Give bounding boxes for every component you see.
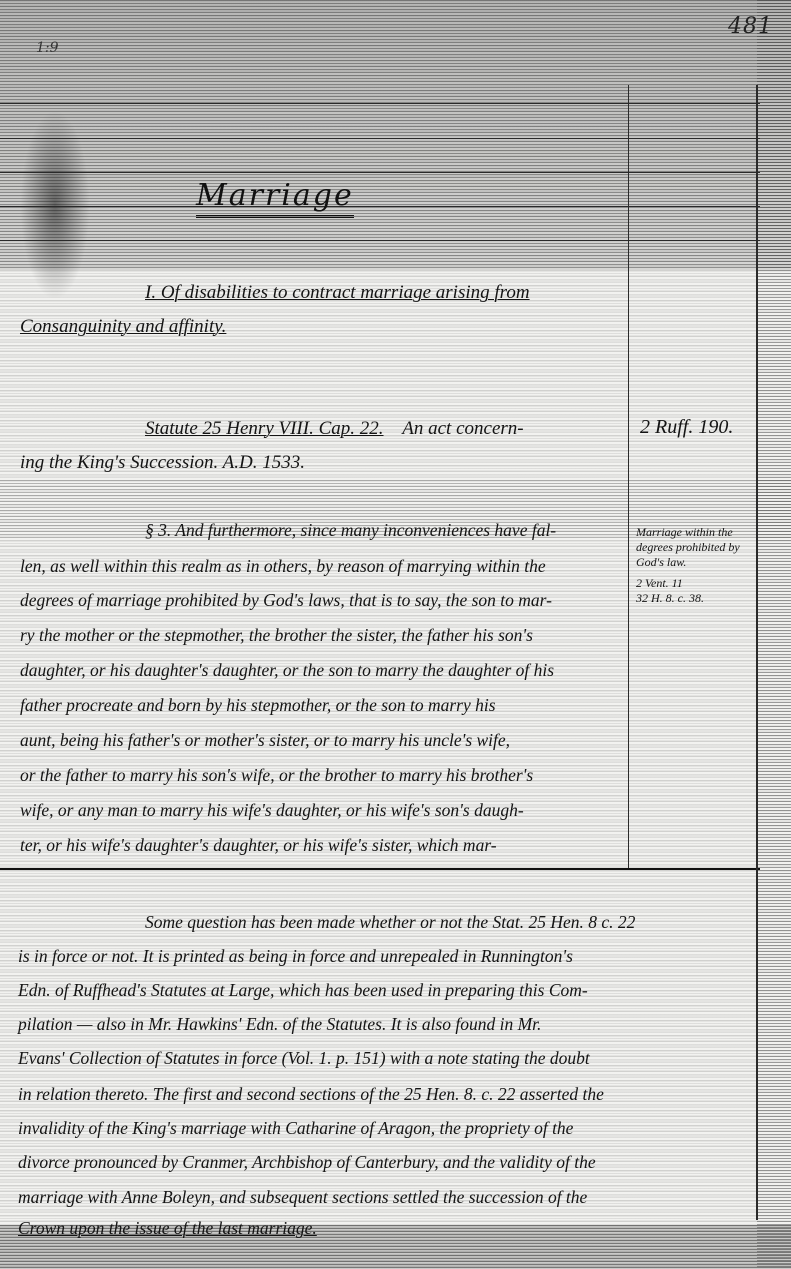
commentary-line: Crown upon the issue of the last marriag… bbox=[18, 1218, 317, 1239]
commentary-line: divorce pronounced by Cranmer, Archbisho… bbox=[18, 1152, 596, 1173]
ledger-rule bbox=[0, 172, 760, 173]
page-number: 481 bbox=[728, 14, 773, 39]
commentary-line: Some question has been made whether or n… bbox=[145, 912, 635, 933]
commentary-line: Evans' Collection of Statutes in force (… bbox=[18, 1048, 590, 1069]
section3-line: aunt, being his father's or mother's sis… bbox=[20, 730, 510, 751]
section3-line: father procreate and born by his stepmot… bbox=[20, 695, 496, 716]
margin-reference: 2 Ruff. 190. bbox=[640, 416, 733, 439]
section3-line: degrees of marriage prohibited by God's … bbox=[20, 590, 552, 611]
section3-line: len, as well within this realm as in oth… bbox=[20, 556, 546, 577]
scanned-page: 481 1:9 Marriage I. Of disabilities to c… bbox=[0, 0, 791, 1269]
section3-line: or the father to marry his son's wife, o… bbox=[20, 765, 533, 786]
margin-column-rule bbox=[628, 85, 629, 868]
section3-line: § 3. And furthermore, since many inconve… bbox=[145, 520, 556, 541]
section3-line: ter, or his wife's daughter's daughter, … bbox=[20, 835, 497, 856]
section3-line: wife, or any man to marry his wife's dau… bbox=[20, 800, 524, 821]
commentary-line: invalidity of the King's marriage with C… bbox=[18, 1118, 573, 1139]
margin-note-prohibited-degrees: Marriage within the degrees prohibited b… bbox=[636, 525, 740, 570]
ledger-rule bbox=[0, 103, 760, 104]
page-edge bbox=[757, 0, 791, 1269]
section3-line: daughter, or his daughter's daughter, or… bbox=[20, 660, 554, 681]
page-title: Marriage bbox=[196, 178, 354, 218]
statute-heading: Statute 25 Henry VIII. Cap. 22. An act c… bbox=[145, 418, 524, 440]
statute-title: Statute 25 Henry VIII. Cap. 22. bbox=[145, 418, 384, 439]
commentary-line: in relation thereto. The first and secon… bbox=[18, 1084, 604, 1105]
photocopy-shadow-top bbox=[0, 0, 791, 270]
commentary-line: marriage with Anne Boleyn, and subsequen… bbox=[18, 1187, 587, 1208]
ledger-rule bbox=[0, 240, 760, 241]
section-divider-rule bbox=[0, 868, 760, 870]
ledger-rule bbox=[0, 206, 760, 207]
margin-note-citations: 2 Vent. 11 32 H. 8. c. 38. bbox=[636, 576, 704, 606]
section-heading-line-1: I. Of disabilities to contract marriage … bbox=[145, 282, 530, 304]
right-border-rule bbox=[756, 85, 758, 1220]
corner-mark: 1:9 bbox=[36, 40, 59, 56]
ledger-rule bbox=[0, 138, 760, 139]
commentary-line: is in force or not. It is printed as bei… bbox=[18, 946, 573, 967]
commentary-line: pilation — also in Mr. Hawkins' Edn. of … bbox=[18, 1014, 541, 1035]
statute-heading-line-2: ing the King's Succession. A.D. 1533. bbox=[20, 452, 305, 474]
section3-line: ry the mother or the stepmother, the bro… bbox=[20, 625, 533, 646]
commentary-line: Edn. of Ruffhead's Statutes at Large, wh… bbox=[18, 980, 588, 1001]
statute-description: An act concern- bbox=[402, 418, 523, 439]
section-heading-line-2: Consanguinity and affinity. bbox=[20, 316, 226, 338]
